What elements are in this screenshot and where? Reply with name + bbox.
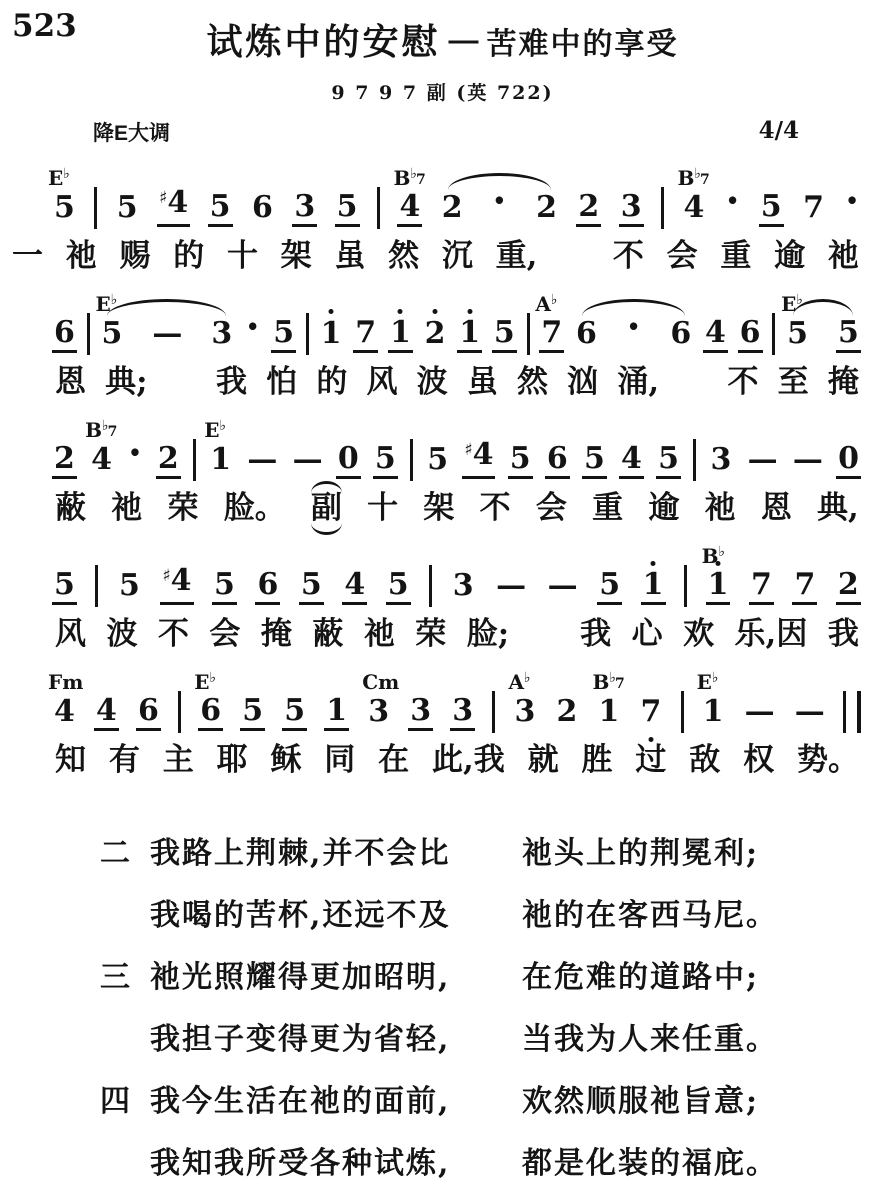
note-number: 4 [397,190,422,227]
note-cell: A♭3 [512,691,537,731]
verse-left-column: 我今生活在祂的面前,我知我所受各种试炼, [150,1071,522,1195]
lyric-line: 风波不会掩蔽祂荣脸; 我心欢乐,因我 [0,605,885,655]
note-number: • [843,184,860,227]
lyric-syllable: 十 [367,488,398,529]
lyric-syllable: 不 [480,488,511,529]
note-cell: • [491,187,508,227]
note-number: 5 [99,317,124,353]
note-number: 6 [198,694,223,731]
note-number: 6 [255,568,280,605]
lyric-line: 蔽祂荣脸。副十架不会重逾祂恩典, [0,479,885,529]
chord-label: B♭7 [85,420,117,440]
music-line: 55♯4565453——51B♭1772 [0,529,885,605]
note-number: • [244,310,261,353]
note-cell: E♭5 [52,187,77,227]
note-cell: 5 [656,439,681,479]
note-cell: ♯4 [157,187,190,227]
note-cell: B♭1 [706,565,731,605]
note-number: 7 [792,568,817,605]
chord-label: E♭ [95,294,117,314]
note-number: 2 [554,695,579,731]
lyric-syllable: 蔽 [312,614,343,655]
barline [681,691,684,733]
note-cell: E♭5 [99,313,124,353]
note-number: 7 [801,191,826,227]
note-number: 2 [423,317,448,353]
note-cell: 2 [576,187,601,227]
title-row: 试炼中的安慰—苦难中的享受 [0,0,885,65]
verse-number: 三 [100,947,150,1071]
octave-dot-above [329,309,334,314]
lyric-syllable: 过 [635,740,666,781]
note-cell: E♭1 [208,439,233,479]
verse-line: 祂光照耀得更加昭明, [150,947,522,1009]
chord-label: A♭ [508,672,530,692]
note-number: 5 [582,442,607,479]
note-cell: • [843,187,860,227]
note-cell: 6 [255,565,280,605]
note-number: 4 [89,443,114,479]
note-number: 0 [836,442,861,479]
lyric-syllable: 脸。 [224,488,286,529]
lyric-syllable: 一 [12,236,43,277]
note-number: 4 [619,442,644,479]
note-number: 1 [457,316,482,353]
lyric-gap [167,362,197,403]
lyric-syllable: 稣 [270,740,301,781]
note-number: 4 [342,568,367,605]
flat-symbol: ♭ [524,670,531,686]
note-number: 2 [52,442,77,479]
barline [429,565,432,607]
note-cell: 2 [52,439,77,479]
note-number: 4 [94,694,119,731]
note-cell: ♯4 [160,565,193,605]
note-number: 6 [574,317,599,353]
lyric-syllable: 祂 [66,236,97,277]
flat-symbol: ♭ [209,670,216,686]
note-cell: — [791,439,824,479]
note-number: — [743,695,776,731]
note-number: 5 [508,442,533,479]
lyric-syllable: 祂 [364,614,395,655]
note-cell: 5 [117,565,142,605]
flat-symbol: ♭ [796,292,803,308]
score: E♭55♯45635B♭742•223B♭74•57•一祂赐的十架虽然沉重, 不… [0,151,885,781]
lyric-syllable: 我 [580,614,611,655]
note-cell: Cm3 [366,691,391,731]
time-signature: 4/4 [759,117,799,147]
note-cell: A♭7 [539,313,564,353]
lyric-syllable: 恩 [761,488,792,529]
note-number: 6 [136,694,161,731]
lyric-line: 一祂赐的十架虽然沉重, 不会重逾祂 [0,227,885,277]
note-number: 5 [115,191,140,227]
note-cell: — [291,439,324,479]
hymn-sheet: 523 试炼中的安慰—苦难中的享受 9 7 9 7 副 (英 722) 降E大调… [0,0,885,1195]
note-cell: • [625,313,642,353]
slur-group: 6•6 [574,313,693,353]
note-number: 3 [209,317,234,353]
note-cell: — [546,565,579,605]
note-cell: — [494,565,527,605]
lyric-syllable: 重 [592,488,623,529]
verse-right-column: 祂头上的荆冕利;祂的在客西马尼。 [522,823,778,947]
note-number: 1 [319,317,344,353]
barline [94,187,97,229]
lyric-syllable: 波 [106,614,137,655]
note-cell: 6 [574,313,599,353]
lyric-syllable: 祂 [828,236,859,277]
note-number: 6 [545,442,570,479]
verse-line: 我喝的苦杯,还远不及 [150,885,522,947]
note-number: 5 [785,317,810,353]
note-cell: B♭74 [682,187,707,227]
lyric-syllable: 我 [216,362,247,403]
final-barline [843,691,861,733]
note-cell: 5 [425,439,450,479]
flat-symbol: ♭ [712,670,719,686]
lyric-syllable: 乐,因 [735,614,808,655]
note-number: 5 [212,568,237,605]
note-cell: 5 [115,187,140,227]
verse-line: 我知我所受各种试炼, [150,1133,522,1195]
verse-line: 我担子变得更为省轻, [150,1009,522,1071]
note-number: — [494,569,527,605]
key-signature: 降E大调 [93,117,170,147]
note-number: • [491,184,508,227]
note-number: 1 [388,316,413,353]
note-cell: — [746,439,779,479]
note-cell: 2 [554,691,579,731]
note-number: 7 [749,568,774,605]
music-line: E♭55♯45635B♭742•223B♭74•57• [0,151,885,227]
note-cell: E♭6 [198,691,223,731]
note-cell: 5 [208,187,233,227]
note-number: 5 [52,568,77,605]
note-cell: 5 [52,565,77,605]
note-number: 1 [324,694,349,731]
note-number: — [291,443,324,479]
note-cell: E♭5 [785,313,810,353]
note-number: 0 [336,442,361,479]
barline [178,691,181,733]
lyric-syllable: 祂 [111,488,142,529]
note-number: ♯4 [157,186,190,227]
lyric-syllable: 风 [366,362,397,403]
note-cell: 2 [534,187,559,227]
note-number: — [793,695,826,731]
chord-seventh: 7 [108,424,118,440]
note-number: — [746,443,779,479]
barline [492,691,495,733]
lyric-syllable: 赐 [119,236,150,277]
verse-line: 欢然顺服祂旨意; [522,1071,778,1133]
flat-symbol: ♭ [111,292,118,308]
lyric-gap [678,362,708,403]
lyric-syllable: 会 [667,236,698,277]
lyric-syllable: 虽 [467,362,498,403]
note-cell: Fm4 [52,691,77,731]
note-number: • [126,436,143,479]
verse-line: 在危难的道路中; [522,947,778,1009]
note-cell: 2 [156,439,181,479]
lyric-syllable: 的 [316,362,347,403]
verses: 二我路上荆棘,并不会比我喝的苦杯,还远不及祂头上的荆冕利;祂的在客西马尼。三祂光… [100,823,885,1195]
barline [772,313,775,355]
chord-seventh: 7 [700,172,710,188]
lyric-syllable: 敌 [689,740,720,781]
note-number: 2 [440,191,465,227]
lyric-syllable: 重 [720,236,751,277]
note-number: ♯4 [462,438,495,479]
barline [527,313,530,355]
note-cell: 5 [282,691,307,731]
lyric-syllable: 不 [158,614,189,655]
lyric-syllable: 势。 [797,740,859,781]
verse: 四我今生活在祂的面前,我知我所受各种试炼,欢然顺服祂旨意;都是化装的福庇。 [100,1071,885,1195]
verse-right-column: 在危难的道路中;当我为人来任重。 [522,947,778,1071]
lyric-syllable: 掩 [261,614,292,655]
lyric-syllable: 耶 [217,740,248,781]
lyric-syllable: 虽 [334,236,365,277]
note-cell: 5 [582,439,607,479]
note-number: 5 [656,442,681,479]
flat-symbol: ♭ [219,418,226,434]
note-number: 1 [641,568,666,605]
note-cell: B♭71 [596,691,621,731]
lyric-syllable: 同 [324,740,355,781]
note-number: 1 [208,443,233,479]
lyric-syllable: 就 [528,740,559,781]
chord-label: Fm [48,672,83,692]
note-cell: 5 [212,565,237,605]
barline [95,565,98,607]
note-number: ♯4 [160,564,193,605]
music-line: 6E♭5—3•5171215A♭76•646E♭55 [0,277,885,353]
note-cell: ♯4 [462,439,495,479]
note-cell: 6 [738,313,763,353]
verse-line: 我今生活在祂的面前, [150,1071,522,1133]
note-cell: 5 [240,691,265,731]
lyric-syllable: 主 [163,740,194,781]
sharp-accidental: ♯ [162,566,170,586]
chord-label: E♭ [204,420,226,440]
note-cell: 1 [324,691,349,731]
sharp-accidental: ♯ [464,440,472,460]
note-cell: 3 [451,565,476,605]
music-line: Fm446E♭6551Cm333A♭32B♭717E♭1—— [0,655,885,731]
lyric-syllable: 蔽 [55,488,86,529]
note-number: — [546,569,579,605]
note-number: 2 [534,191,559,227]
lyric-syllable: 荣 [415,614,446,655]
lyric-syllable: 汹 [567,362,598,403]
note-cell: 6 [52,313,77,353]
flat-symbol: ♭ [551,292,558,308]
note-number: 5 [836,316,861,353]
note-cell: 5 [299,565,324,605]
lyric-syllable: 逾 [774,236,805,277]
verse-left-column: 祂光照耀得更加昭明,我担子变得更为省轻, [150,947,522,1071]
chord-label: B♭7 [393,168,425,188]
note-number: 5 [492,316,517,353]
note-cell: 6 [136,691,161,731]
note-cell: B♭74 [89,439,114,479]
note-cell: 1 [641,565,666,605]
note-number: 1 [596,695,621,731]
note-cell: B♭74 [397,187,422,227]
note-cell: 1 [388,313,413,353]
note-number: — [150,317,183,353]
note-cell: 5 [597,565,622,605]
note-cell: 4 [703,313,728,353]
hymn-number: 523 [12,8,77,44]
note-cell: 5 [373,439,398,479]
note-number: 5 [299,568,324,605]
lyric-syllable: 逾 [648,488,679,529]
lyric-syllable: 祂 [705,488,736,529]
chord-label: E♭ [697,672,719,692]
note-cell: — [793,691,826,731]
key-row: 降E大调 4/4 [0,105,885,147]
lyric-gap [530,614,560,655]
lyric-syllable: 荣 [167,488,198,529]
note-number: 7 [539,316,564,353]
octave-dot-above [433,309,438,314]
note-number: 5 [335,190,360,227]
chord-label: E♭ [194,672,216,692]
lyric-syllable: 波 [417,362,448,403]
lyric-syllable: 此,我 [432,740,505,781]
lyric-syllable: 在 [378,740,409,781]
hymn-subtitle: 苦难中的享受 [487,28,679,61]
meter-catalog: 9 7 9 7 副 (英 722) [0,78,885,105]
note-number: — [245,443,278,479]
lyric-syllable: 不 [727,362,758,403]
note-number: 4 [682,191,707,227]
barline [693,439,696,481]
note-number: 1 [706,568,731,605]
barline [87,313,90,355]
sharp-accidental: ♯ [159,188,167,208]
verse: 三祂光照耀得更加昭明,我担子变得更为省轻,在危难的道路中;当我为人来任重。 [100,947,885,1071]
lyric-syllable: 十 [227,236,258,277]
note-number: 3 [450,694,475,731]
lyric-syllable: 心 [632,614,663,655]
note-number: 4 [52,695,77,731]
note-cell: 5 [759,187,784,227]
note-cell: 7 [792,565,817,605]
note-cell: 5 [386,565,411,605]
note-cell: 2 [836,565,861,605]
note-cell: 7 [749,565,774,605]
note-number: 3 [619,190,644,227]
note-number: 2 [156,442,181,479]
verse: 二我路上荆棘,并不会比我喝的苦杯,还远不及祂头上的荆冕利;祂的在客西马尼。 [100,823,885,947]
lyric-syllable: 典; [105,362,147,403]
verse-right-column: 欢然顺服祂旨意;都是化装的福庇。 [522,1071,778,1195]
note-cell: — [245,439,278,479]
note-number: 3 [451,569,476,605]
note-cell: 0 [336,439,361,479]
note-cell: — [743,691,776,731]
note-cell: 4 [342,565,367,605]
chord-seventh: 7 [615,676,625,692]
note-cell: 6 [250,187,275,227]
note-cell: 7 [801,187,826,227]
note-number: 6 [250,191,275,227]
note-cell: 5 [836,313,861,353]
note-cell: • [244,313,261,353]
lyric-syllable: 欢 [683,614,714,655]
note-cell: 3 [450,691,475,731]
note-number: 5 [240,694,265,731]
lyric-syllable: 然 [517,362,548,403]
note-number: • [625,310,642,353]
barline [193,439,196,481]
note-number: 5 [282,694,307,731]
note-cell: 2 [440,187,465,227]
note-cell: 3 [619,187,644,227]
lyric-syllable: 不 [613,236,644,277]
flat-symbol: ♭ [63,166,70,182]
note-number: 5 [759,190,784,227]
barline [684,565,687,607]
note-cell: — [150,313,183,353]
barline [410,439,413,481]
note-cell: 3 [709,439,734,479]
note-number: — [791,443,824,479]
note-number: 6 [738,316,763,353]
verse-line: 都是化装的福庇。 [522,1133,778,1195]
note-cell: 1 [319,313,344,353]
octave-dot-above [716,561,721,566]
note-cell: 2 [423,313,448,353]
note-number: 5 [425,443,450,479]
note-cell: 5 [271,313,296,353]
chord-label: B♭7 [678,168,710,188]
note-number: 6 [52,316,77,353]
lyric-syllable: 我 [828,614,859,655]
note-cell: 6 [545,439,570,479]
note-number: 5 [117,569,142,605]
note-cell: 3 [209,313,234,353]
note-number: 1 [701,695,726,731]
lyric-syllable: 涌, [617,362,659,403]
barline [661,187,664,229]
octave-dot-above [651,561,656,566]
lyric-syllable: 架 [423,488,454,529]
note-number: 5 [52,191,77,227]
note-number: 5 [597,568,622,605]
slur-group: E♭55 [785,313,861,353]
lyric-syllable: 胜 [582,740,613,781]
verse-line: 当我为人来任重。 [522,1009,778,1071]
note-number: 7 [638,695,663,731]
note-number: 3 [709,443,734,479]
lyric-syllable: 至 [778,362,809,403]
lyric-syllable: 的 [173,236,204,277]
note-number: 3 [408,694,433,731]
note-cell: • [126,439,143,479]
note-number: 3 [512,695,537,731]
note-cell: 4 [94,691,119,731]
barline [306,313,309,355]
lyric-syllable: 然 [388,236,419,277]
octave-dot-above [467,309,472,314]
note-cell: • [724,187,741,227]
